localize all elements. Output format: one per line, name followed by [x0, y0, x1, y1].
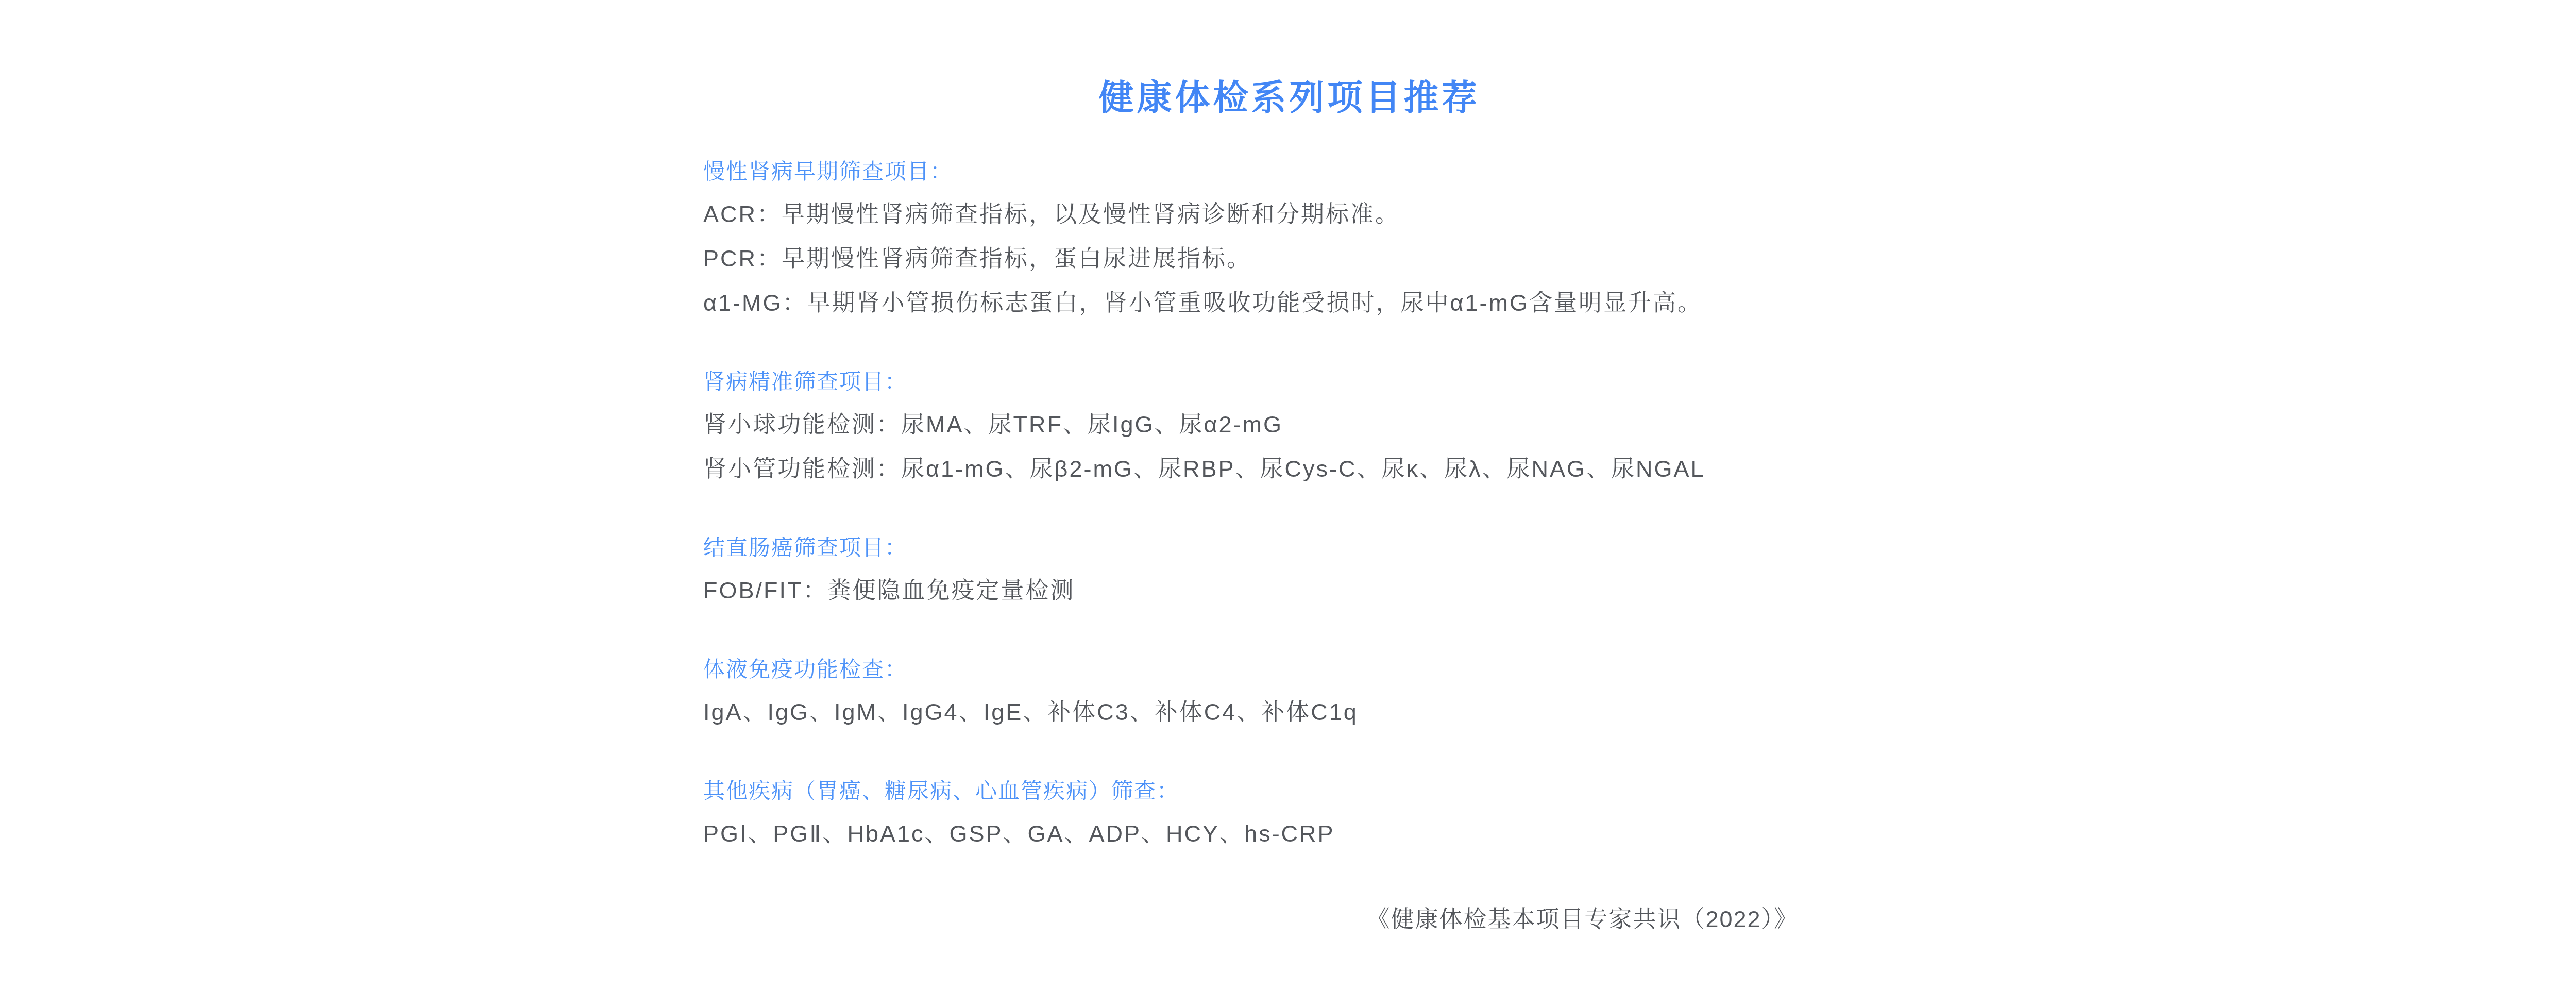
section-colorectal-cancer-screening: 结直肠癌筛查项目： FOB/FIT：粪便隐血免疫定量检测: [703, 537, 1798, 613]
page-title: 健康体检系列项目推荐: [781, 80, 1798, 116]
section-chronic-kidney-early-screening: 慢性肾病早期筛查项目： ACR：早期慢性肾病筛查指标，以及慢性肾病诊断和分期标准…: [703, 160, 1798, 325]
body-line: PCR：早期慢性肾病筛查指标，蛋白尿进展指标。: [703, 237, 1798, 281]
body-line: 肾小球功能检测：尿MA、尿TRF、尿IgG、尿α2-mG: [703, 403, 1798, 447]
section-heading: 体液免疫功能检查：: [703, 658, 1798, 681]
reference-citation: 《健康体检基本项目专家共识（2022）》: [703, 908, 1798, 931]
body-line: PGⅠ、PGⅡ、HbA1c、GSP、GA、ADP、HCY、hs-CRP: [703, 812, 1798, 856]
body-line: 肾小管功能检测：尿α1-mG、尿β2-mG、尿RBP、尿Cys-C、尿κ、尿λ、…: [703, 447, 1798, 491]
section-other-diseases-screening: 其他疾病（胃癌、糖尿病、心血管疾病）筛查： PGⅠ、PGⅡ、HbA1c、GSP、…: [703, 780, 1798, 856]
body-line: FOB/FIT：粪便隐血免疫定量检测: [703, 568, 1798, 613]
section-kidney-precise-screening: 肾病精准筛查项目： 肾小球功能检测：尿MA、尿TRF、尿IgG、尿α2-mG 肾…: [703, 371, 1798, 491]
body-line: α1-MG：早期肾小管损伤标志蛋白，肾小管重吸收功能受损时，尿中α1-mG含量明…: [703, 281, 1798, 325]
section-heading: 慢性肾病早期筛查项目：: [703, 160, 1798, 183]
document-page: 健康体检系列项目推荐 慢性肾病早期筛查项目： ACR：早期慢性肾病筛查指标，以及…: [703, 80, 1798, 931]
section-heading: 肾病精准筛查项目：: [703, 371, 1798, 393]
body-line: IgA、IgG、IgM、IgG4、IgE、补体C3、补体C4、补体C1q: [703, 690, 1798, 734]
section-humoral-immunity-check: 体液免疫功能检查： IgA、IgG、IgM、IgG4、IgE、补体C3、补体C4…: [703, 658, 1798, 734]
section-heading: 其他疾病（胃癌、糖尿病、心血管疾病）筛查：: [703, 780, 1798, 802]
body-line: ACR：早期慢性肾病筛查指标，以及慢性肾病诊断和分期标准。: [703, 192, 1798, 237]
section-heading: 结直肠癌筛查项目：: [703, 537, 1798, 559]
